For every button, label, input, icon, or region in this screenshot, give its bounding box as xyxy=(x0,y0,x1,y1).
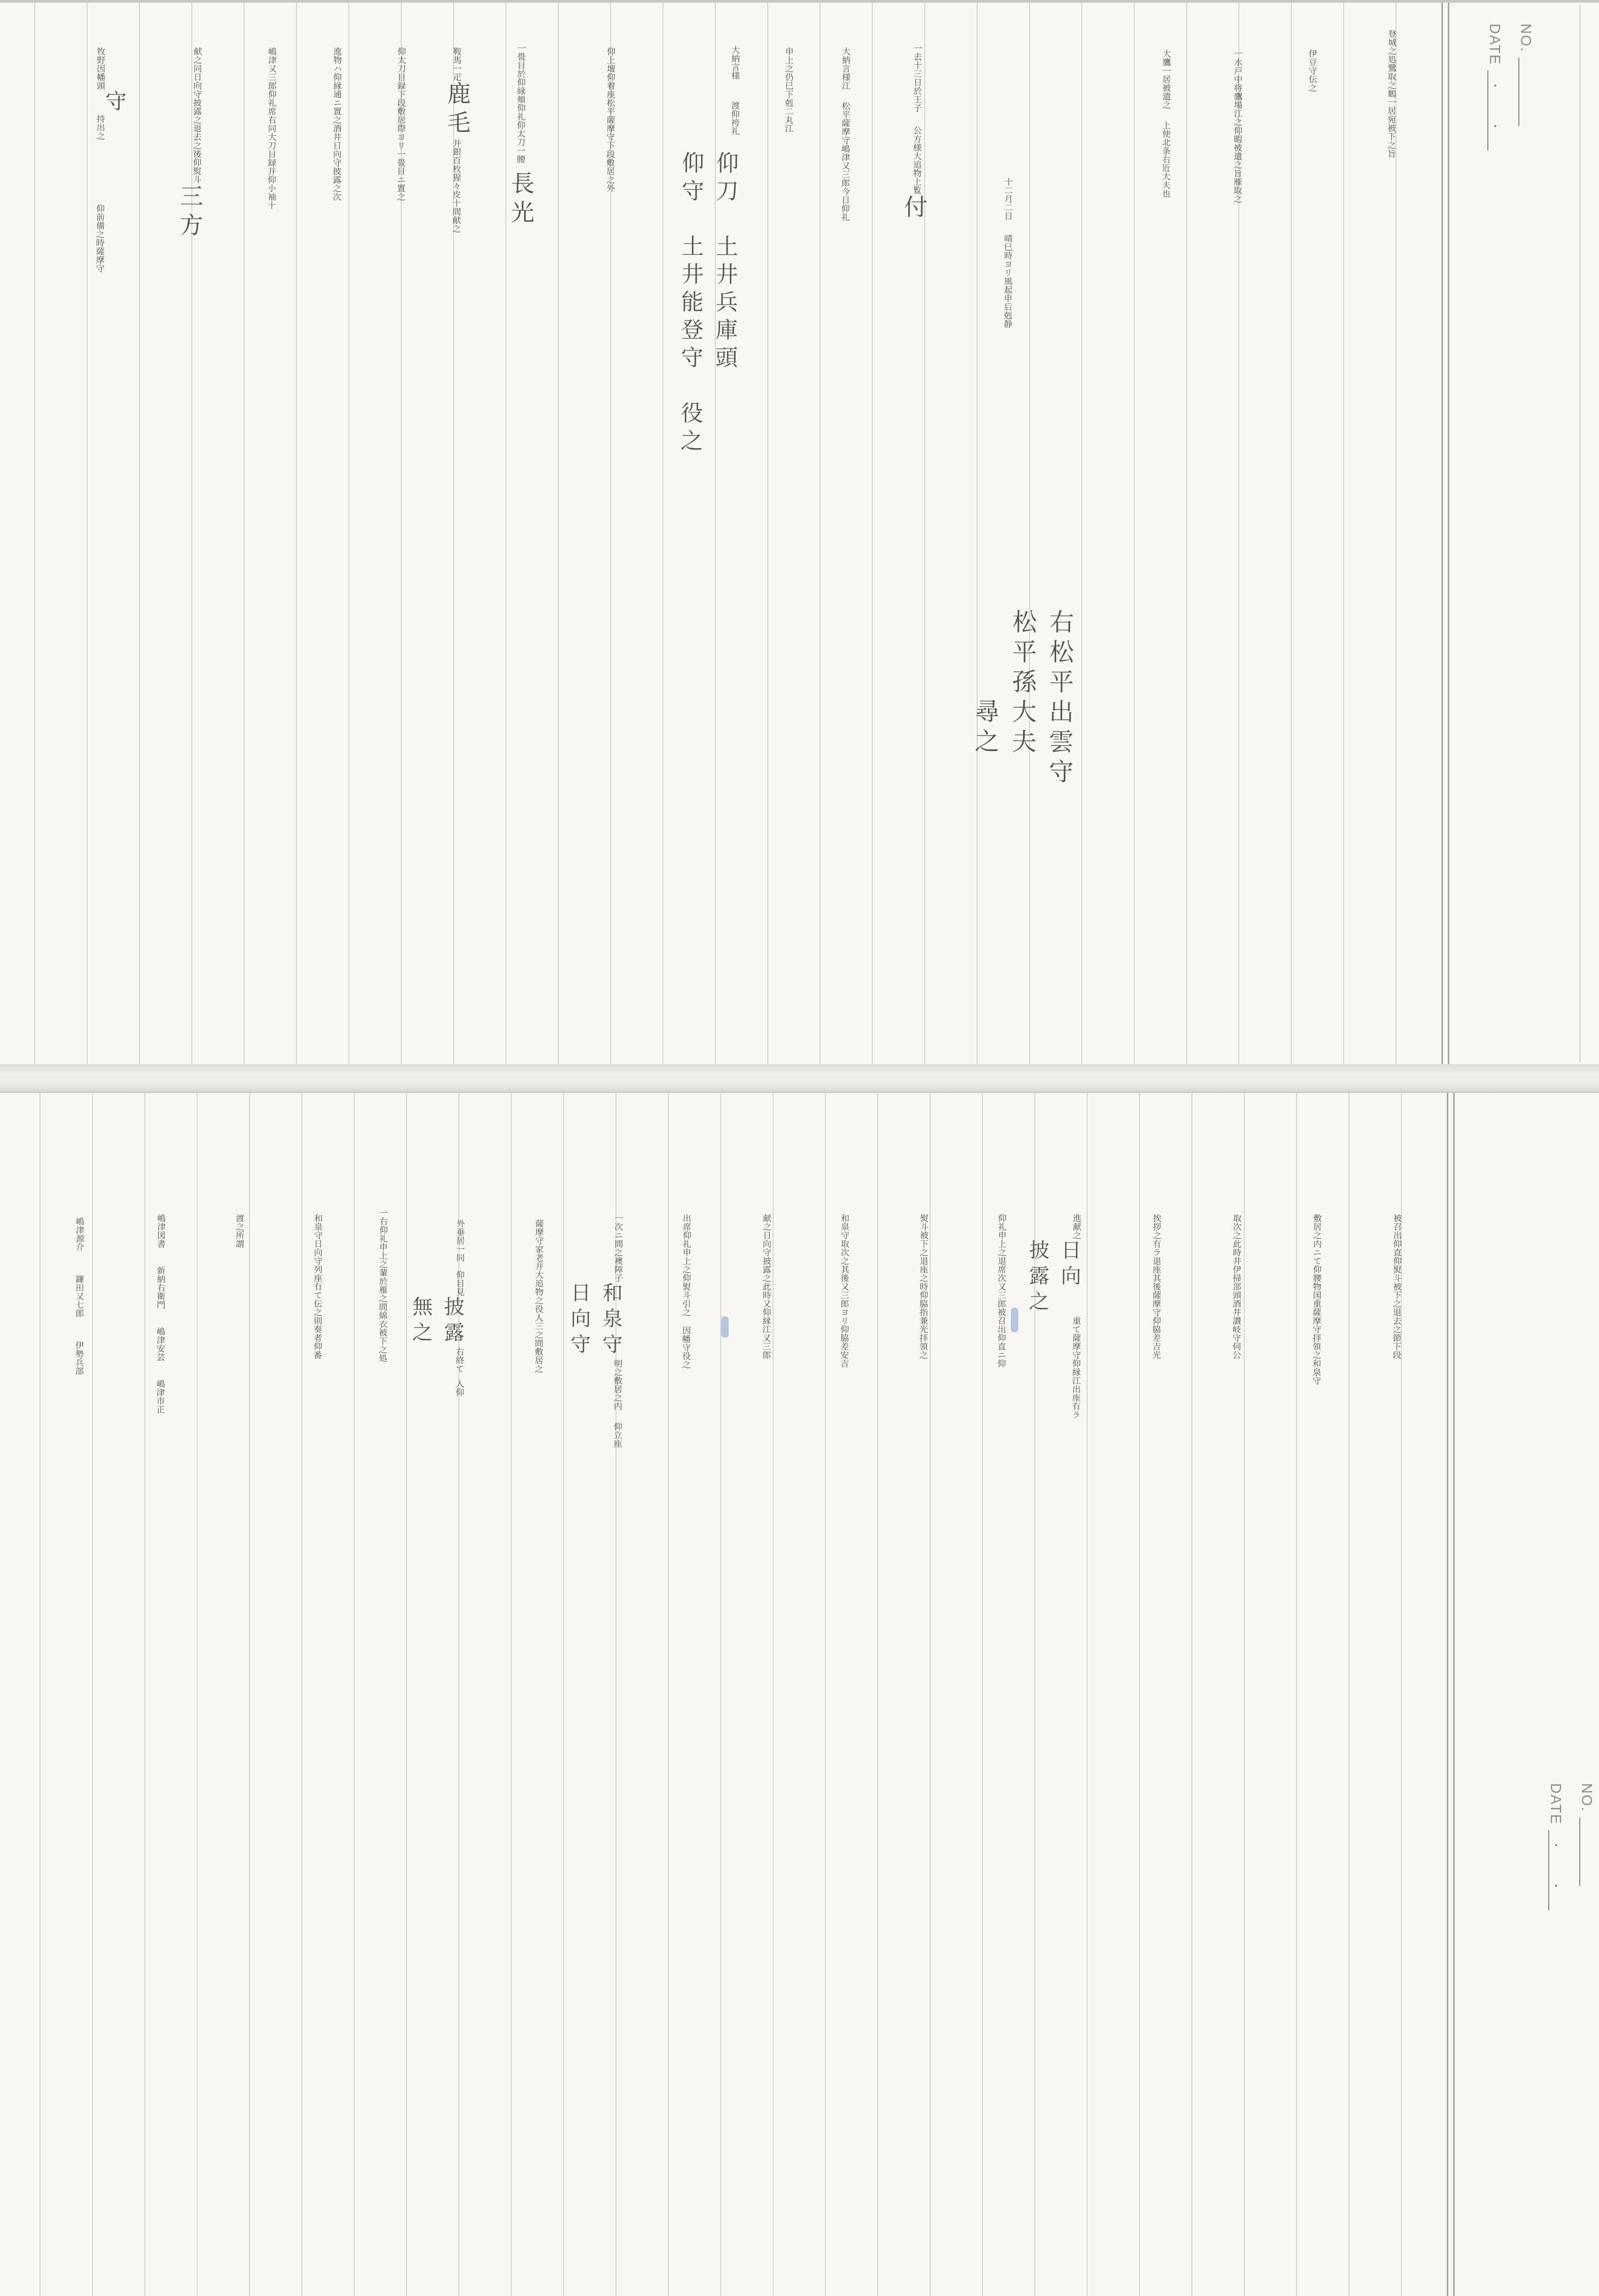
no-fill-line xyxy=(1518,58,1535,126)
handwritten-text-column: 右松平出雲守松平孫大夫 尋之 xyxy=(1027,609,1075,788)
interlinear-annotation: 和泉守日向守 xyxy=(566,1282,623,1359)
no-fill-line xyxy=(1579,1817,1596,1886)
sheet-header: NO. DATE ・ ・ xyxy=(1473,24,1535,151)
handwritten-text-column: 仰太刀目録下段敷居際ヨリ一畳目ニ置之 xyxy=(358,47,406,201)
handwritten-text-column: 登城之処鷺取之鶴一居宛被下之旨 xyxy=(1349,29,1397,158)
handwritten-text-column: 薩摩守家老并大追物之役人三之間敷居之 xyxy=(496,1219,544,1373)
handwritten-text-column: 十二月二日晴巳時ヨリ風起申后剋静 xyxy=(965,177,1013,328)
margin-double-line xyxy=(1447,1093,1455,2296)
handwritten-text-column: 一畳目於仰縁頬仰礼仰太刀一腰長光 xyxy=(488,44,536,229)
handwritten-text-column: 敷居之内ニて仰腰物国重薩摩守拝領之和泉守 xyxy=(1274,1214,1322,1385)
date-label: DATE xyxy=(1487,24,1502,65)
handwritten-text-column: 外垂居一同仰目見披露無之右終て入仰 xyxy=(417,1219,465,1396)
handwritten-text-column: 嶋津図書新納右衛門嶋津安芸嶋津市正 xyxy=(118,1214,166,1413)
no-label: NO. xyxy=(1518,24,1533,52)
interlinear-annotation: 右松平出雲守松平孫大夫 尋之 xyxy=(970,608,1075,788)
date-fill-line: ・ ・ xyxy=(1487,71,1504,151)
handwritten-text-column: 一次ニ間之襖障子和泉守日向守明之敷居之内仰立座 xyxy=(575,1214,623,1448)
page-gap-seam xyxy=(0,1064,1599,1093)
handwritten-text-column: 献之日向守披露之此時又仰縁江又三郎 xyxy=(724,1214,771,1359)
handwritten-text-column: 挨拶之有ラ退座其後薩摩守仰脇差吉光 xyxy=(1114,1214,1161,1359)
handwritten-text-column: 渡之所謂 xyxy=(198,1214,245,1248)
handwritten-text-column: 進物ハ仰縁通ニ置之酒井日向守披露之次 xyxy=(294,47,342,201)
handwritten-text-column: 和泉守取次之其後又三郎ヨリ仰脇差安吉 xyxy=(802,1214,849,1368)
handwritten-text-column: 嶋津又三郎仰礼席右同大刀目録并仰小袖十 xyxy=(229,47,277,209)
handwritten-text-column: 和泉守日向守列座有て伝之則奏者仰番 xyxy=(275,1214,323,1359)
handwritten-text-column: 大納言様江松平薩摩守嶋津又三郎今日仰礼 xyxy=(803,47,851,221)
handwritten-text-column: 牧野因幡頭守持出之仰前備之時薩摩守 xyxy=(66,47,114,272)
handwritten-text-column: 大鷹一居被遣之上使北条右近大夫也 xyxy=(1124,49,1171,198)
margin-double-line xyxy=(1441,0,1449,1064)
handwritten-text-column: 出席仰礼申上之仰熨斗引之因幡守役之 xyxy=(644,1214,691,1369)
handwritten-text-column: 被召出仰直仰熨斗被下之退去之節下段 xyxy=(1354,1214,1402,1359)
scan-top-edge xyxy=(0,0,1599,3)
handwritten-text-column: 進献之日向披露之重て薩摩守仰縁江出座有ラ xyxy=(1034,1214,1082,1419)
sheet-header-2: NO. DATE ・ ・ xyxy=(1534,1783,1596,1910)
interlinear-annotation: 披露無之 xyxy=(408,1296,465,1347)
blue-correction-mark xyxy=(1011,1308,1018,1332)
handwritten-text-column: 一右仰礼申上之輩於雁之間綿衣被下之処 xyxy=(340,1208,388,1362)
handwritten-text-column: 大納言様渡仰袴礼仰刀 土井兵庫頭仰守 土井能登守 役之 xyxy=(691,45,740,457)
handwritten-text-column: 献之同日向守披露之退去之後仰熨斗三方 xyxy=(164,47,212,241)
handwritten-text-column: 仰上壇仰着座松平薩摩守下段敷居之外 xyxy=(568,47,615,192)
paper-edge xyxy=(1579,4,1581,1062)
handwritten-text-column: 一水戸中将鷹場江之仰暇被遣之旨雁取之 xyxy=(1195,49,1243,203)
date-fill-line: ・ ・ xyxy=(1548,1830,1565,1910)
handwritten-text-column: 申上之仍巳下剋二丸江 xyxy=(747,47,794,132)
date-label: DATE xyxy=(1548,1783,1563,1825)
correction-char: 守 xyxy=(100,90,127,114)
interlinear-annotation: 日向披露之 xyxy=(1024,1239,1082,1316)
handwritten-text-column: 鞍馬一疋鹿毛并銀百枚猩々皮十間献之 xyxy=(424,47,472,233)
no-label: NO. xyxy=(1579,1783,1594,1812)
handwritten-text-column: 仰礼申上之退席次又三郎被召出仰直ニ仰 xyxy=(959,1214,1007,1368)
handwritten-text-column: 一去十三日於王子公方様大追物上覧付 xyxy=(884,44,932,223)
handwritten-text-column: 取次之此時井伊掃部頭酒井讃岐守伺公 xyxy=(1194,1214,1242,1359)
blue-correction-mark xyxy=(721,1316,729,1338)
handwritten-text-column: 伊豆守伝之 xyxy=(1270,49,1317,92)
interlinear-annotation: 仰刀 土井兵庫頭仰守 土井能登守 役之 xyxy=(676,151,739,457)
handwritten-text-column: 熨斗被下之退座之時仰脇指兼光拝領之 xyxy=(881,1214,929,1359)
handwritten-text-column: 嶋津源介鎌田又七郎伊勢兵部 xyxy=(37,1217,84,1375)
